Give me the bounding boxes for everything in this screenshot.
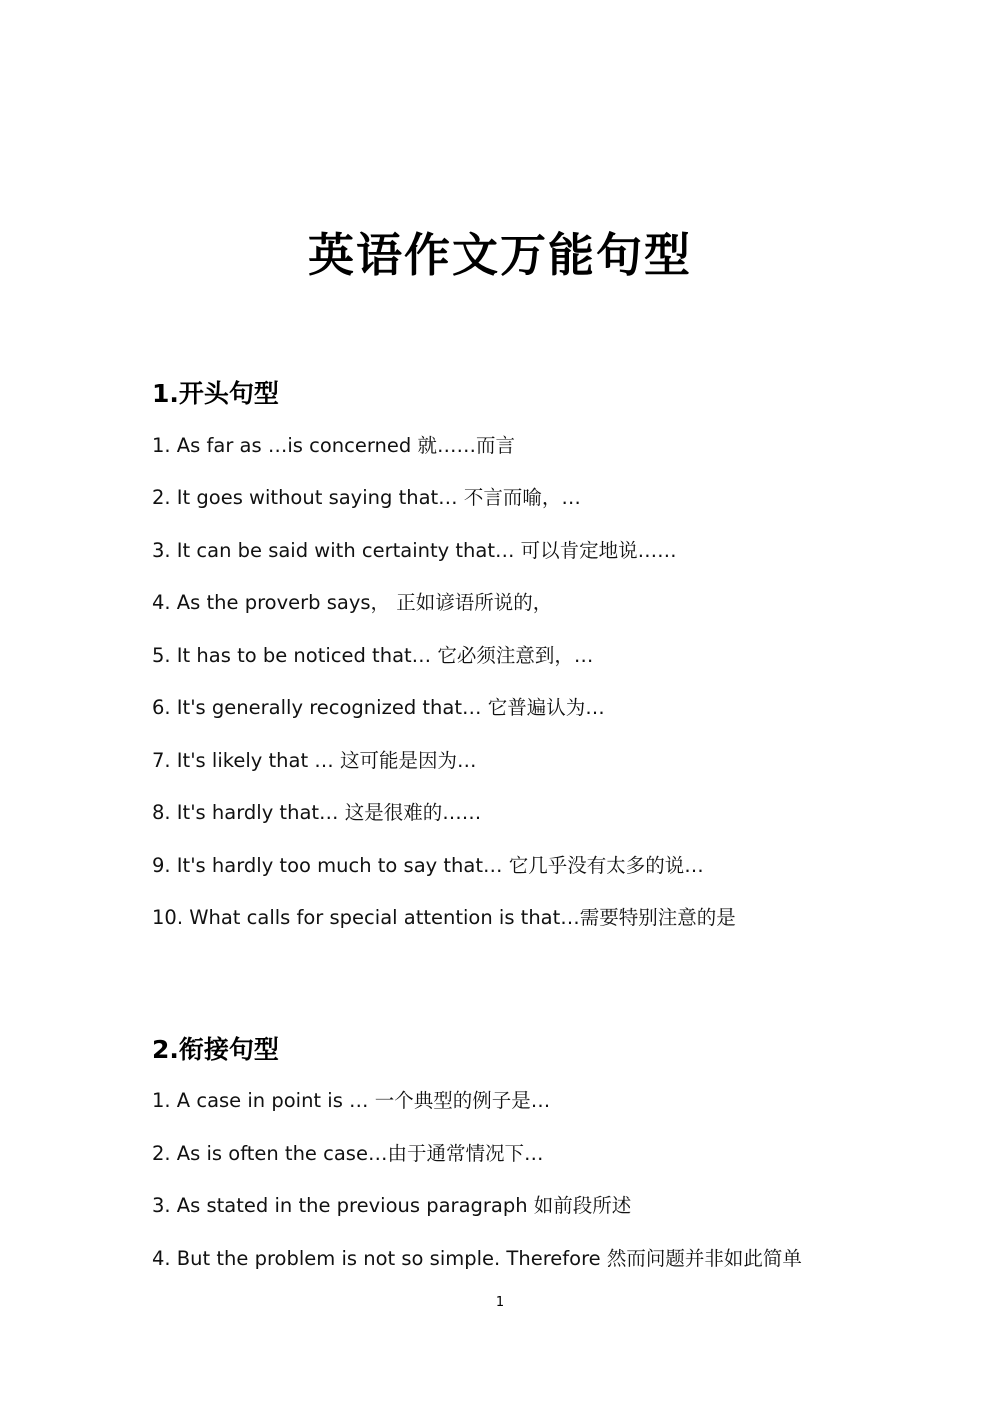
list-item: 3. It can be said with certainty that… 可… xyxy=(152,537,677,565)
list-item: 2. As is often the case…由于通常情况下… xyxy=(152,1140,543,1168)
list-item: 4. As the proverb says， 正如谚语所说的， xyxy=(152,589,552,617)
document-title: 英语作文万能句型 xyxy=(0,220,1000,290)
list-item: 6. It's generally recognized that… 它普遍认为… xyxy=(152,694,605,722)
list-item: 9. It's hardly too much to say that… 它几乎… xyxy=(152,852,704,880)
list-item: 1. As far as …is concerned 就……而言 xyxy=(152,432,515,460)
list-item: 2. It goes without saying that… 不言而喻，… xyxy=(152,484,581,512)
section-heading-opening: 1.开头句型 xyxy=(152,377,279,411)
list-item: 3. As stated in the previous paragraph 如… xyxy=(152,1192,631,1220)
section-heading-transition: 2.衔接句型 xyxy=(152,1033,279,1067)
page-number: 1 xyxy=(0,1294,1000,1312)
list-item: 8. It's hardly that… 这是很难的…… xyxy=(152,799,481,827)
list-item: 7. It's likely that … 这可能是因为… xyxy=(152,747,477,775)
list-item: 10. What calls for special attention is … xyxy=(152,904,736,932)
list-item: 5. It has to be noticed that… 它必须注意到，… xyxy=(152,642,593,670)
list-item: 4. But the problem is not so simple. The… xyxy=(152,1245,802,1273)
list-item: 1. A case in point is … 一个典型的例子是… xyxy=(152,1087,550,1115)
